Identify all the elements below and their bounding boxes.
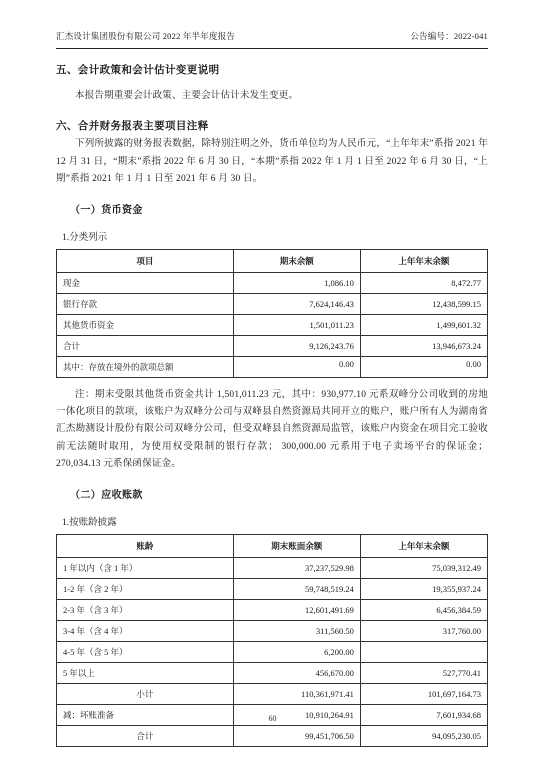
section-6-paragraph: 下列所披露的财务报表数据，除特别注明之外，货币单位均为人民币元，“上年年末”系指…	[56, 136, 488, 188]
monetary-funds-table: 项目 期末余额 上年年末余额 现金 1,086.10 8,472.77 银行存款…	[56, 249, 488, 378]
table-row-overseas: 其中：存放在境外的款项总额 0.00 0.00	[57, 356, 488, 377]
row-current-value: 110,361,971.41	[233, 683, 360, 704]
row-prior-value: 0.00	[360, 356, 487, 377]
table-row: 1 年以内（含 1 年） 37,237,529.98 75,039,312.49	[57, 557, 488, 578]
row-prior-value: 6,456,384.59	[360, 599, 487, 620]
monetary-funds-note: 注：期末受限其他货币资金共计 1,501,011.23 元，其中：930,977…	[56, 387, 488, 474]
section-5-paragraph: 本报告期重要会计政策、主要会计估计未发生变更。	[56, 88, 488, 105]
column-header-prior-year-end: 上年年末余额	[360, 534, 487, 557]
row-prior-value: 13,946,673.24	[360, 335, 487, 356]
table-row: 现金 1,086.10 8,472.77	[57, 272, 488, 293]
row-label: 1-2 年（含 2 年）	[57, 578, 234, 599]
row-prior-value: 94,095,230.05	[360, 725, 487, 746]
row-prior-value: 8,472.77	[360, 272, 487, 293]
row-label: 5 年以上	[57, 662, 234, 683]
accounts-receivable-title: （二）应收账款	[70, 486, 488, 501]
table-row-total: 合计 9,126,243.76 13,946,673.24	[57, 335, 488, 356]
row-label: 其他货币资金	[57, 314, 234, 335]
accounts-receivable-list-label: 1.按账龄披露	[62, 514, 488, 528]
table-row: 4-5 年（含 5 年） 6,200.00	[57, 641, 488, 662]
page-header: 汇杰设计集团股份有限公司 2022 年半年度报告 公告编号：2022-041	[56, 30, 488, 49]
row-prior-value: 75,039,312.49	[360, 557, 487, 578]
row-label: 小计	[57, 683, 234, 704]
column-header-aging: 账龄	[57, 534, 234, 557]
column-header-period-end-book-balance: 期末账面余额	[233, 534, 360, 557]
row-prior-value: 19,355,937.24	[360, 578, 487, 599]
row-label: 1 年以内（含 1 年）	[57, 557, 234, 578]
row-prior-value: 101,697,164.73	[360, 683, 487, 704]
table-row: 1-2 年（含 2 年） 59,748,519.24 19,355,937.24	[57, 578, 488, 599]
row-current-value: 37,237,529.98	[233, 557, 360, 578]
row-label: 2-3 年（含 3 年）	[57, 599, 234, 620]
row-label: 其中：存放在境外的款项总额	[57, 356, 234, 377]
row-prior-value: 317,760.00	[360, 620, 487, 641]
table-row: 5 年以上 456,670.00 527,770.41	[57, 662, 488, 683]
row-current-value: 12,601,491.69	[233, 599, 360, 620]
row-current-value: 456,670.00	[233, 662, 360, 683]
section-5-title: 五、会计政策和会计估计变更说明	[56, 62, 488, 77]
table-row: 其他货币资金 1,501,011.23 1,499,601.32	[57, 314, 488, 335]
table-row: 2-3 年（含 3 年） 12,601,491.69 6,456,384.59	[57, 599, 488, 620]
row-current-value: 1,501,011.23	[233, 314, 360, 335]
page-number: 60	[0, 714, 545, 723]
table-row-subtotal: 小计 110,361,971.41 101,697,164.73	[57, 683, 488, 704]
column-header-period-end: 期末余额	[233, 249, 360, 272]
table-row: 银行存款 7,624,146.43 12,438,599.15	[57, 293, 488, 314]
column-header-item: 项目	[57, 249, 234, 272]
row-current-value: 1,086.10	[233, 272, 360, 293]
row-current-value: 0.00	[233, 356, 360, 377]
row-prior-value: 1,499,601.32	[360, 314, 487, 335]
header-announcement-number: 公告编号：2022-041	[410, 30, 488, 42]
row-prior-value: 527,770.41	[360, 662, 487, 683]
row-current-value: 6,200.00	[233, 641, 360, 662]
row-label: 4-5 年（含 5 年）	[57, 641, 234, 662]
row-current-value: 9,126,243.76	[233, 335, 360, 356]
table-header-row: 账龄 期末账面余额 上年年末余额	[57, 534, 488, 557]
monetary-funds-title: （一）货币资金	[70, 201, 488, 216]
row-prior-value	[360, 641, 487, 662]
table-header-row: 项目 期末余额 上年年末余额	[57, 249, 488, 272]
table-row-total: 合计 99,451,706.50 94,095,230.05	[57, 725, 488, 746]
row-prior-value: 12,438,599.15	[360, 293, 487, 314]
row-label: 3-4 年（含 4 年）	[57, 620, 234, 641]
row-current-value: 311,560.50	[233, 620, 360, 641]
row-label: 合计	[57, 725, 234, 746]
row-current-value: 7,624,146.43	[233, 293, 360, 314]
row-current-value: 59,748,519.24	[233, 578, 360, 599]
report-page: 汇杰设计集团股份有限公司 2022 年半年度报告 公告编号：2022-041 五…	[0, 0, 545, 771]
table-row: 3-4 年（含 4 年） 311,560.50 317,760.00	[57, 620, 488, 641]
row-label: 银行存款	[57, 293, 234, 314]
column-header-prior-year-end: 上年年末余额	[360, 249, 487, 272]
section-6-title: 六、合并财务报表主要项目注释	[56, 118, 488, 133]
header-company-report-title: 汇杰设计集团股份有限公司 2022 年半年度报告	[56, 30, 235, 42]
row-label: 合计	[57, 335, 234, 356]
row-current-value: 99,451,706.50	[233, 725, 360, 746]
row-label: 现金	[57, 272, 234, 293]
monetary-funds-list-label: 1.分类列示	[62, 229, 488, 243]
